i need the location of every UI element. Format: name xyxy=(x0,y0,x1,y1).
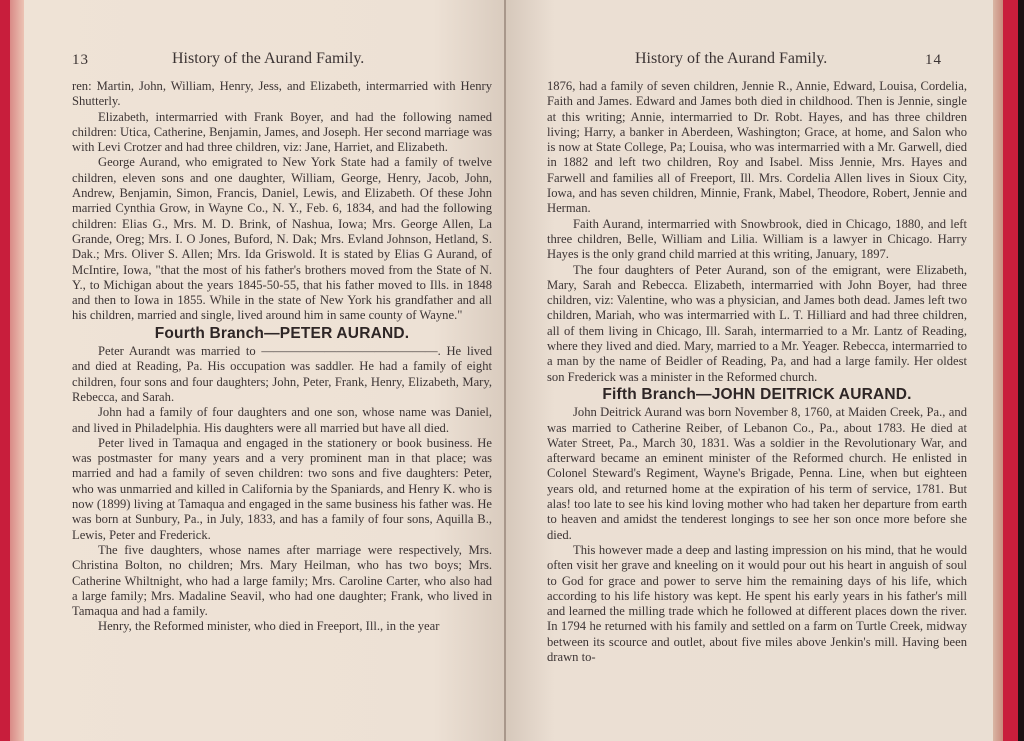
left-page: 13 History of the Aurand Family. ren: Ma… xyxy=(24,0,506,741)
paragraph: The four daughters of Peter Aurand, son … xyxy=(547,263,967,385)
right-cover-binding xyxy=(1003,0,1018,741)
left-page-body: ren: Martin, John, William, Henry, Jess,… xyxy=(72,79,492,635)
paragraph: ren: Martin, John, William, Henry, Jess,… xyxy=(72,79,492,110)
paragraph: 1876, had a family of seven children, Je… xyxy=(547,79,967,217)
left-page-edges xyxy=(10,0,24,741)
paragraph: Peter lived in Tamaqua and engaged in th… xyxy=(72,436,492,543)
left-cover-binding xyxy=(0,0,10,741)
paragraph: John Deitrick Aurand was born November 8… xyxy=(547,405,967,543)
background xyxy=(1018,0,1024,741)
section-heading: Fifth Branch—JOHN DEITRICK AURAND. xyxy=(547,387,967,402)
paragraph: This however made a deep and lasting imp… xyxy=(547,543,967,665)
paragraph: George Aurand, who emigrated to New York… xyxy=(72,155,492,323)
section-heading: Fourth Branch—PETER AURAND. xyxy=(72,326,492,341)
right-page: History of the Aurand Family. 14 1876, h… xyxy=(506,0,993,741)
right-page-edges xyxy=(993,0,1003,741)
paragraph: Peter Aurandt was married to ———————————… xyxy=(72,344,492,405)
paragraph: John had a family of four daughters and … xyxy=(72,405,492,436)
paragraph: Faith Aurand, intermarried with Snowbroo… xyxy=(547,217,967,263)
book-spread: 13 History of the Aurand Family. ren: Ma… xyxy=(0,0,1024,741)
right-page-body: 1876, had a family of seven children, Je… xyxy=(547,79,967,665)
paragraph: Elizabeth, intermarried with Frank Boyer… xyxy=(72,110,492,156)
right-page-number: 14 xyxy=(925,52,942,69)
right-running-header: History of the Aurand Family. xyxy=(635,50,827,68)
paragraph: The five daughters, whose names after ma… xyxy=(72,543,492,619)
paragraph: Henry, the Reformed minister, who died i… xyxy=(72,619,492,634)
left-running-header: History of the Aurand Family. xyxy=(172,50,364,68)
left-page-number: 13 xyxy=(72,52,89,69)
